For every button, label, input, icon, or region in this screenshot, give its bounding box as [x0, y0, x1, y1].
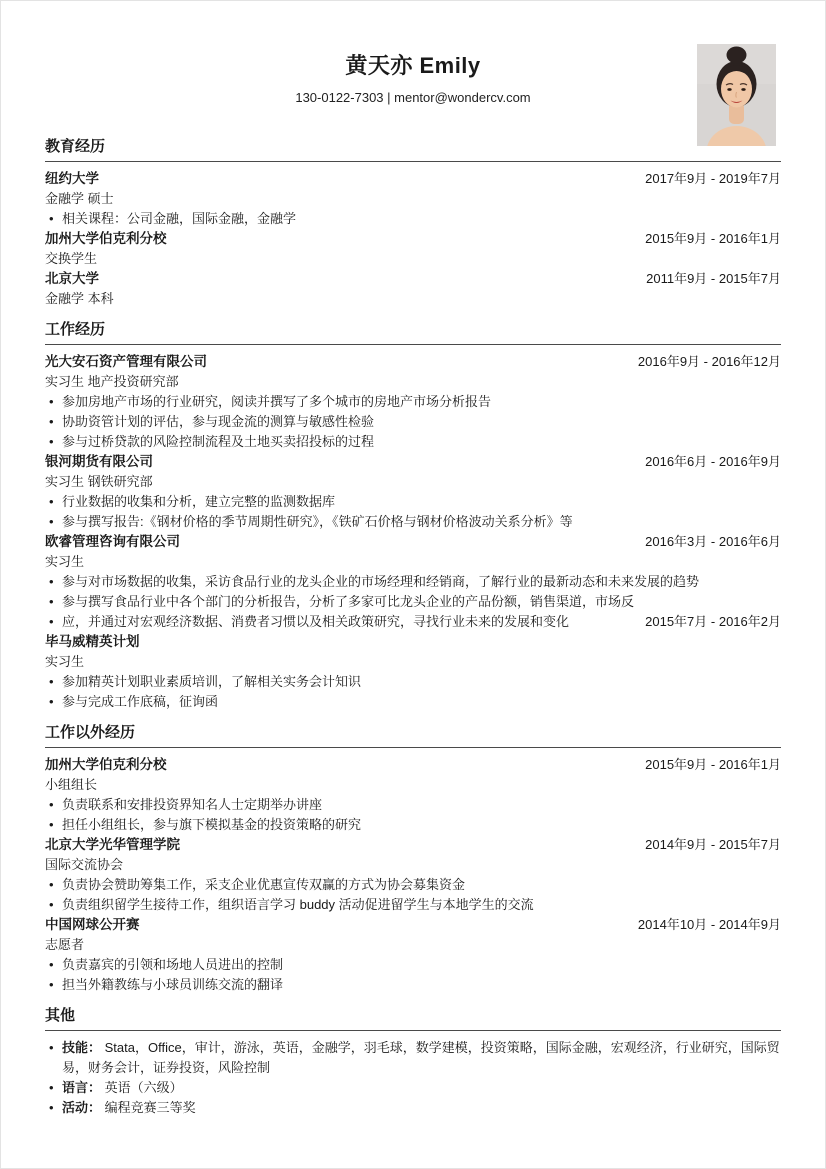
entry-date: 2017年9月 - 2019年7月 — [645, 169, 781, 189]
bullet-item: 负责组织留学生接待工作，组织语言学习 buddy 活动促进留学生与本地学生的交流 — [45, 895, 781, 915]
bullet-item: 参与撰写食品行业中各个部门的分析报告，分析了多家可比龙头企业的产品份额，销售渠道… — [45, 592, 781, 612]
entry: 加州大学伯克利分校2015年9月 - 2016年1月交换学生 — [45, 229, 781, 269]
entry-organization: 毕马威精英计划 — [45, 632, 140, 652]
entry-header: 欧睿管理咨询有限公司2016年3月 - 2016年6月 — [45, 532, 781, 552]
entry-organization: 银河期货有限公司 — [45, 452, 153, 472]
bullet-item: 参加房地产市场的行业研究，阅读并撰写了多个城市的房地产市场分析报告 — [45, 392, 781, 412]
entry-role: 实习生 — [45, 552, 781, 572]
entry-date: 2016年3月 - 2016年6月 — [645, 532, 781, 552]
section-title: 工作以外经历 — [45, 723, 781, 748]
section-extracurricular: 工作以外经历加州大学伯克利分校2015年9月 - 2016年1月小组组长负责联系… — [45, 723, 781, 995]
contact-info: 130-0122-7303 | mentor@wondercv.com — [45, 89, 781, 107]
entry-role: 实习生 — [45, 652, 781, 672]
entry-date: 2014年10月 - 2014年9月 — [638, 915, 781, 935]
entry-date: 2015年9月 - 2016年1月 — [645, 755, 781, 775]
entry: 加州大学伯克利分校2015年9月 - 2016年1月小组组长负责联系和安排投资界… — [45, 755, 781, 835]
bullet-item: 参与完成工作底稿，征询函 — [45, 692, 781, 712]
bullet-item: 参与对市场数据的收集，采访食品行业的龙头企业的市场经理和经销商，了解行业的最新动… — [45, 572, 781, 592]
entry-header: 加州大学伯克利分校2015年9月 - 2016年1月 — [45, 755, 781, 775]
entry-date: 2014年9月 - 2015年7月 — [645, 835, 781, 855]
resume-header: 黄天亦 Emily 130-0122-7303 | mentor@wonderc… — [45, 1, 781, 107]
entry-organization: 加州大学伯克利分校 — [45, 229, 167, 249]
entry-bullet-list: 负责嘉宾的引领和场地人员进出的控制担当外籍教练与小球员训练交流的翻译 — [45, 955, 781, 995]
entry-date: 2015年9月 - 2016年1月 — [645, 229, 781, 249]
section-title: 其他 — [45, 1006, 781, 1031]
candidate-name: 黄天亦 Emily — [45, 51, 781, 81]
section-education: 教育经历纽约大学2017年9月 - 2019年7月金融学 硕士相关课程：公司金融… — [45, 137, 781, 309]
bullet-label: 语言： — [62, 1080, 101, 1095]
labeled-bullet-item: 语言： 英语（六级） — [45, 1078, 781, 1098]
entry: 毕马威精英计划2015年7月 - 2016年2月实习生参加精英计划职业素质培训，… — [45, 632, 781, 712]
section-title: 工作经历 — [45, 320, 781, 345]
bullet-item: 担当外籍教练与小球员训练交流的翻译 — [45, 975, 781, 995]
bullet-item: 负责联系和安排投资界知名人士定期举办讲座 — [45, 795, 781, 815]
entry-role: 金融学 硕士 — [45, 189, 781, 209]
bullet-item: 协助资管计划的评估，参与现金流的测算与敏感性检验 — [45, 412, 781, 432]
resume-sections: 教育经历纽约大学2017年9月 - 2019年7月金融学 硕士相关课程：公司金融… — [45, 137, 781, 1118]
labeled-bullet-item: 活动： 编程竞赛三等奖 — [45, 1098, 781, 1118]
entry-header: 银河期货有限公司2016年6月 - 2016年9月 — [45, 452, 781, 472]
entry-header: 北京大学光华管理学院2014年9月 - 2015年7月 — [45, 835, 781, 855]
entry-bullet-list: 参加房地产市场的行业研究，阅读并撰写了多个城市的房地产市场分析报告协助资管计划的… — [45, 392, 781, 452]
entry-date: 2015年7月 - 2016年2月 — [645, 612, 781, 632]
bullet-item: 行业数据的收集和分析，建立完整的监测数据库 — [45, 492, 781, 512]
entry-header: 光大安石资产管理有限公司2016年9月 - 2016年12月 — [45, 352, 781, 372]
section-title: 教育经历 — [45, 137, 781, 162]
bullet-label: 技能： — [62, 1040, 101, 1055]
entry-role: 小组组长 — [45, 775, 781, 795]
entry-role: 金融学 本科 — [45, 289, 781, 309]
entry-role: 交换学生 — [45, 249, 781, 269]
entry-header: 北京大学2011年9月 - 2015年7月 — [45, 269, 781, 289]
entry-role: 国际交流协会 — [45, 855, 781, 875]
entry-header: 中国网球公开赛2014年10月 - 2014年9月 — [45, 915, 781, 935]
bullet-text: Stata，Office，审计，游泳，英语，金融学，羽毛球，数学建模，投资策略，… — [62, 1040, 780, 1075]
entry-role: 实习生 地产投资研究部 — [45, 372, 781, 392]
labeled-bullet-item: 技能： Stata，Office，审计，游泳，英语，金融学，羽毛球，数学建模，投… — [45, 1038, 781, 1078]
entry-date: 2016年6月 - 2016年9月 — [645, 452, 781, 472]
entry-organization: 中国网球公开赛 — [45, 915, 140, 935]
entry-date: 2011年9月 - 2015年7月 — [646, 269, 781, 289]
entry-bullet-list: 负责协会赞助筹集工作，采支企业优惠宣传双赢的方式为协会募集资金负责组织留学生接待… — [45, 875, 781, 915]
bullet-label: 活动： — [62, 1100, 101, 1115]
entry-organization: 北京大学光华管理学院 — [45, 835, 180, 855]
entry-organization: 光大安石资产管理有限公司 — [45, 352, 207, 372]
bullet-item: 参加精英计划职业素质培训，了解相关实务会计知识 — [45, 672, 781, 692]
entry-organization: 加州大学伯克利分校 — [45, 755, 167, 775]
bullet-item: 参与过桥贷款的风险控制流程及土地买卖招投标的过程 — [45, 432, 781, 452]
bullet-text: 编程竞赛三等奖 — [105, 1100, 196, 1115]
entry-role: 实习生 钢铁研究部 — [45, 472, 781, 492]
entry-date: 2016年9月 - 2016年12月 — [638, 352, 781, 372]
bullet-item: 参与撰写报告:《钢材价格的季节周期性研究》，《铁矿石价格与钢材价格波动关系分析》… — [45, 512, 781, 532]
section-work: 工作经历光大安石资产管理有限公司2016年9月 - 2016年12月实习生 地产… — [45, 320, 781, 712]
bullet-item: 负责协会赞助筹集工作，采支企业优惠宣传双赢的方式为协会募集资金 — [45, 875, 781, 895]
resume-page: 黄天亦 Emily 130-0122-7303 | mentor@wonderc… — [0, 0, 826, 1169]
entry: 北京大学光华管理学院2014年9月 - 2015年7月国际交流协会负责协会赞助筹… — [45, 835, 781, 915]
entry: 光大安石资产管理有限公司2016年9月 - 2016年12月实习生 地产投资研究… — [45, 352, 781, 452]
bullet-item: 相关课程：公司金融，国际金融，金融学 — [45, 209, 781, 229]
bullet-item: 负责嘉宾的引领和场地人员进出的控制 — [45, 955, 781, 975]
entry-header: 纽约大学2017年9月 - 2019年7月 — [45, 169, 781, 189]
entry-bullet-list: 参加精英计划职业素质培训，了解相关实务会计知识参与完成工作底稿，征询函 — [45, 672, 781, 712]
entry: 北京大学2011年9月 - 2015年7月金融学 本科 — [45, 269, 781, 309]
entry-organization: 北京大学 — [45, 269, 99, 289]
entry-bullet-list: 行业数据的收集和分析，建立完整的监测数据库参与撰写报告:《钢材价格的季节周期性研… — [45, 492, 781, 532]
entry-header: 毕马威精英计划2015年7月 - 2016年2月 — [45, 632, 781, 652]
entry-role: 志愿者 — [45, 935, 781, 955]
entry: 银河期货有限公司2016年6月 - 2016年9月实习生 钢铁研究部行业数据的收… — [45, 452, 781, 532]
entry-organization: 欧睿管理咨询有限公司 — [45, 532, 180, 552]
bullet-text: 英语（六级） — [105, 1080, 183, 1095]
entry-header: 加州大学伯克利分校2015年9月 - 2016年1月 — [45, 229, 781, 249]
entry-bullet-list: 相关课程：公司金融，国际金融，金融学 — [45, 209, 781, 229]
entry: 纽约大学2017年9月 - 2019年7月金融学 硕士相关课程：公司金融，国际金… — [45, 169, 781, 229]
profile-photo — [697, 44, 776, 146]
labeled-bullet-list: 技能： Stata，Office，审计，游泳，英语，金融学，羽毛球，数学建模，投… — [45, 1038, 781, 1118]
bullet-item: 担任小组组长，参与旗下模拟基金的投资策略的研究 — [45, 815, 781, 835]
section-other: 其他技能： Stata，Office，审计，游泳，英语，金融学，羽毛球，数学建模… — [45, 1006, 781, 1118]
entry: 中国网球公开赛2014年10月 - 2014年9月志愿者负责嘉宾的引领和场地人员… — [45, 915, 781, 995]
portrait-image — [697, 44, 776, 146]
entry-organization: 纽约大学 — [45, 169, 99, 189]
entry-bullet-list: 负责联系和安排投资界知名人士定期举办讲座担任小组组长，参与旗下模拟基金的投资策略… — [45, 795, 781, 835]
